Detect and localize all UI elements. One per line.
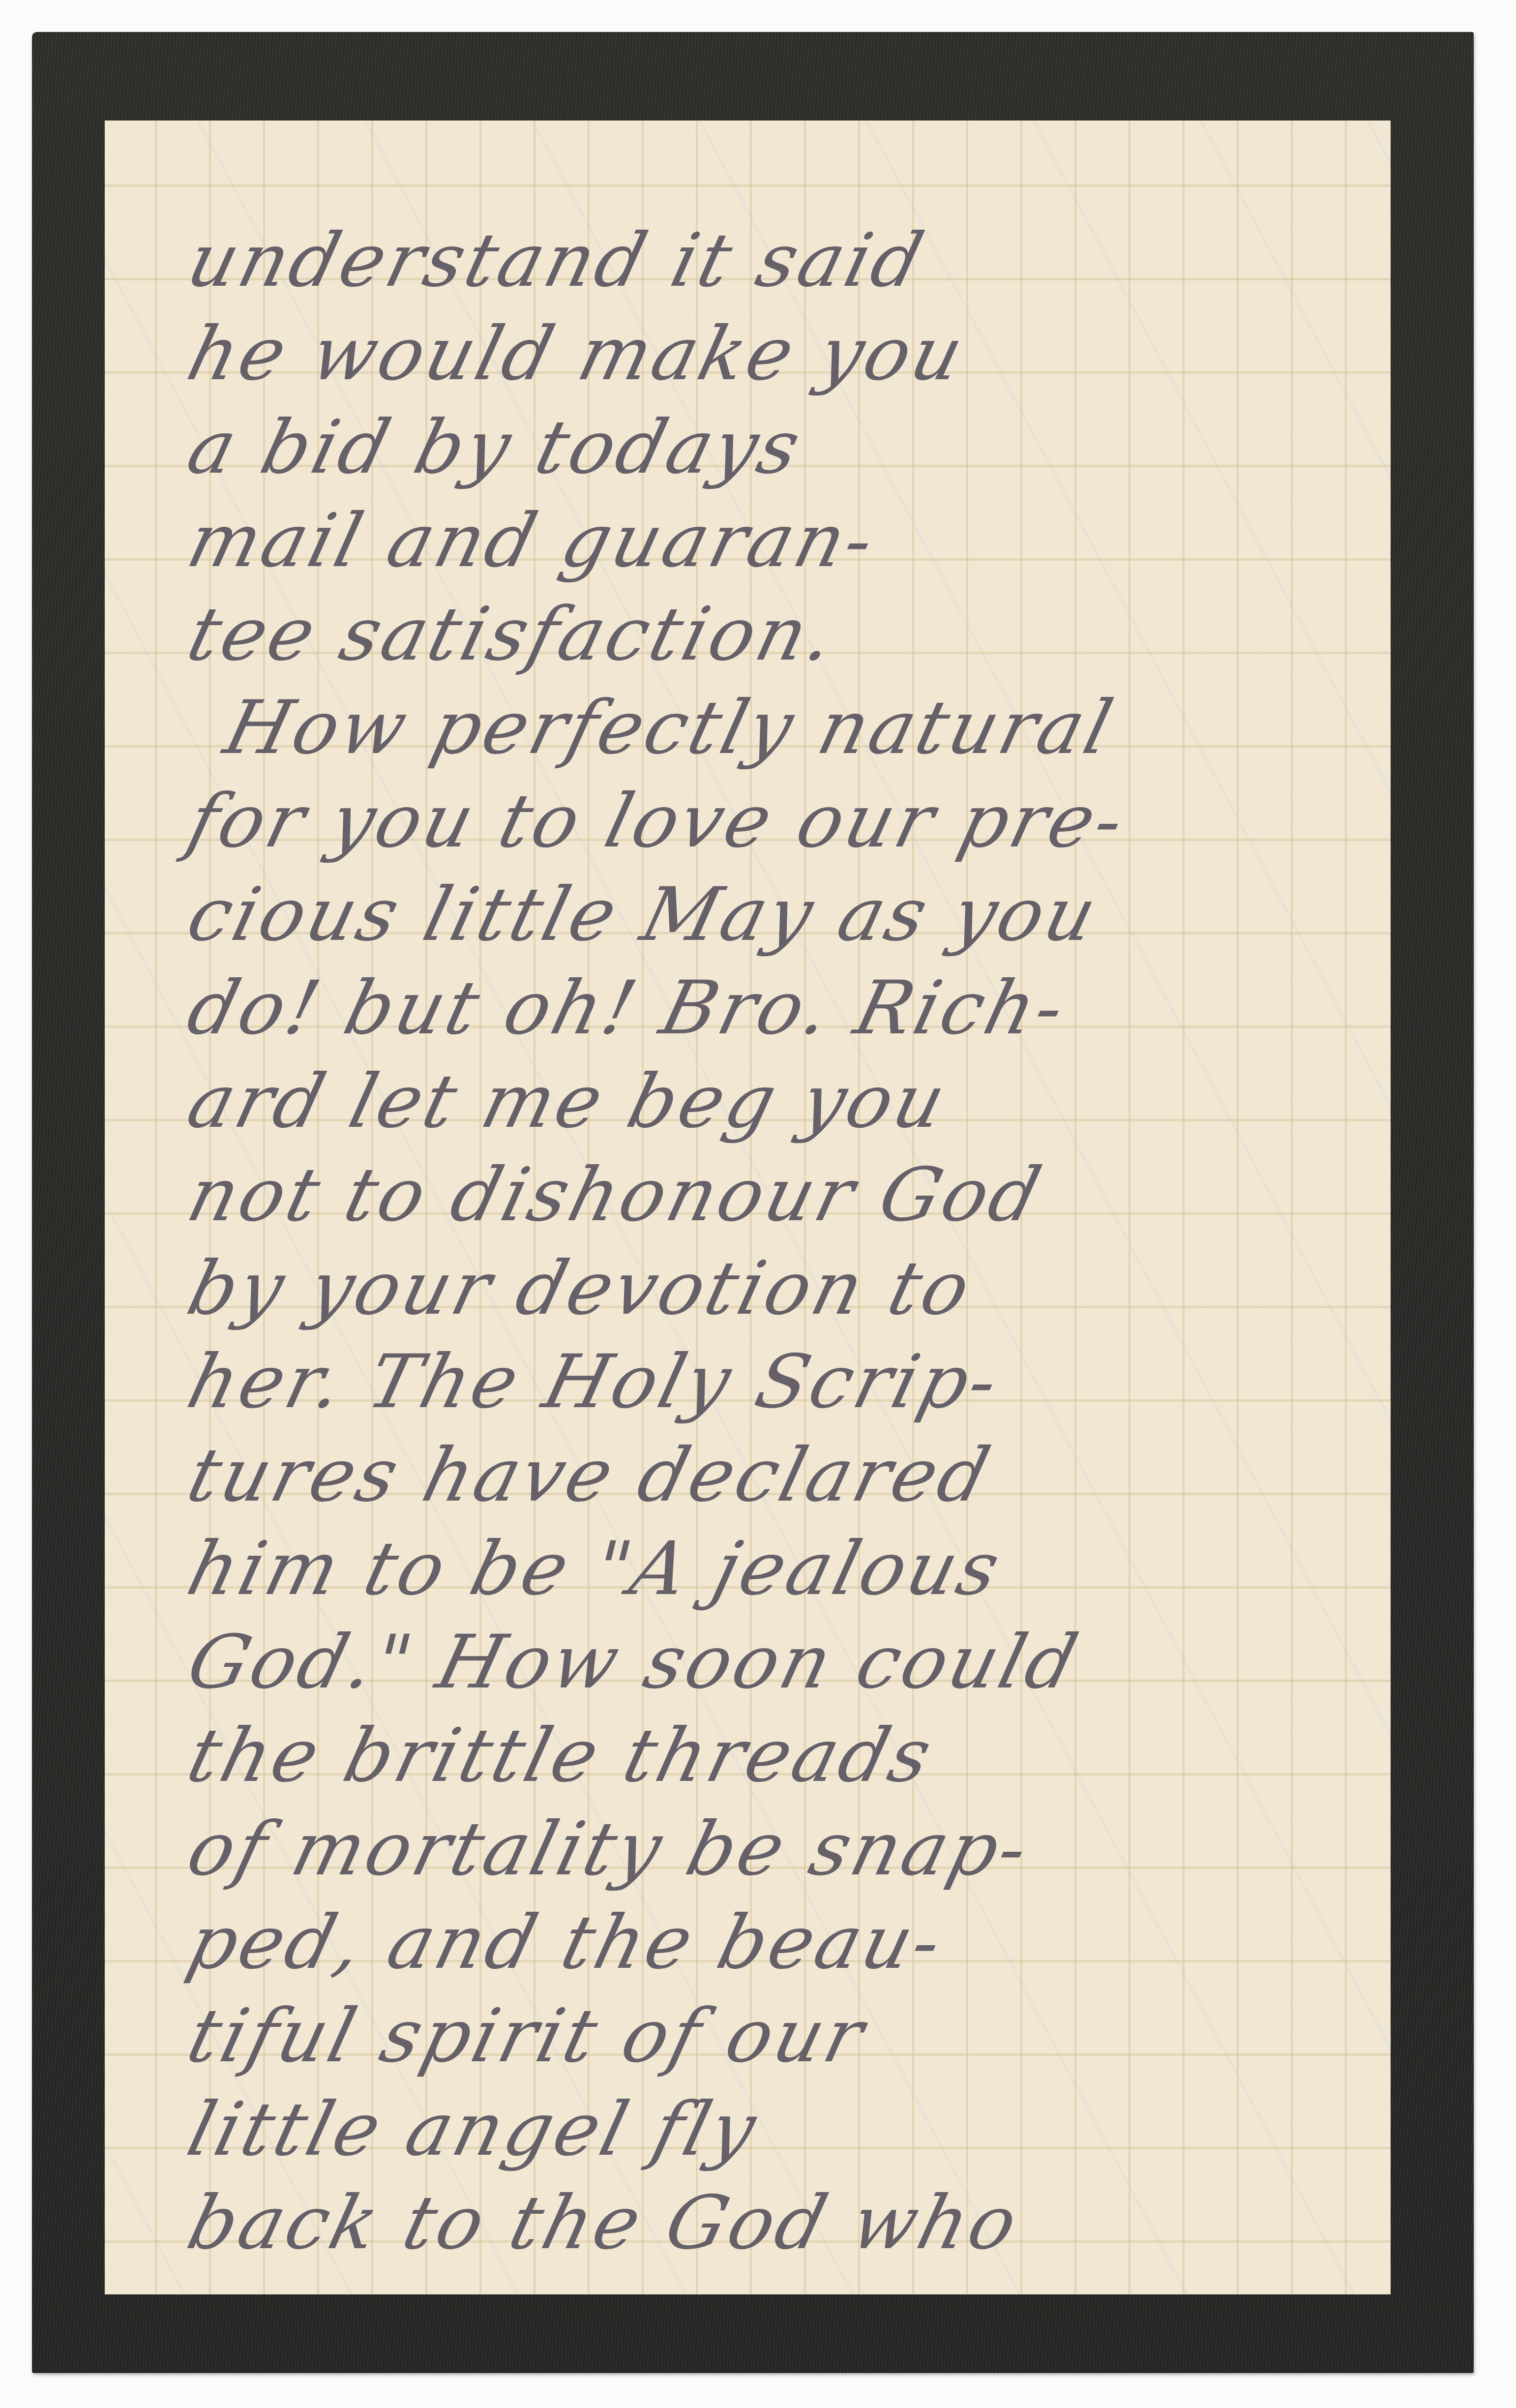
text-line: of mortality be snap- — [178, 1803, 1040, 1896]
text-line: cious little May as you — [178, 868, 1108, 962]
text-line: a bid by todays — [178, 401, 812, 494]
text-line: her. The Holy Scrip- — [178, 1335, 1010, 1429]
text-line: for you to love our pre- — [178, 775, 1136, 868]
text-line-paragraph-start: How perfectly natural — [215, 681, 1124, 775]
text-line: he would make you — [178, 307, 975, 401]
text-line: do! but oh! Bro. Rich- — [178, 962, 1076, 1055]
text-line: little angel fly — [178, 2083, 768, 2176]
text-line: not to dishonour God — [178, 1148, 1052, 1242]
mourning-border-letter: understand it said he would make you a b… — [32, 32, 1474, 2373]
text-line: ped, and the beau- — [178, 1896, 953, 1989]
text-line: him to be "A jealous — [178, 1522, 1011, 1616]
text-line: tures have declared — [178, 1429, 1001, 1522]
text-line: tiful spirit of our — [178, 1989, 876, 2083]
text-line: mail and guaran- — [178, 494, 886, 588]
text-line: by your devotion to — [178, 1242, 982, 1335]
text-line: back to the God who — [178, 2176, 1029, 2270]
text-line: God." How soon could — [178, 1616, 1089, 1709]
text-line: ard let me beg you — [178, 1055, 957, 1148]
text-line: tee satisfaction. — [178, 588, 846, 681]
text-line: understand it said — [178, 214, 935, 307]
text-line: the brittle threads — [178, 1709, 943, 1803]
handwritten-text: understand it said he would make you a b… — [105, 120, 1391, 2294]
letter-sheet: understand it said he would make you a b… — [105, 120, 1391, 2294]
